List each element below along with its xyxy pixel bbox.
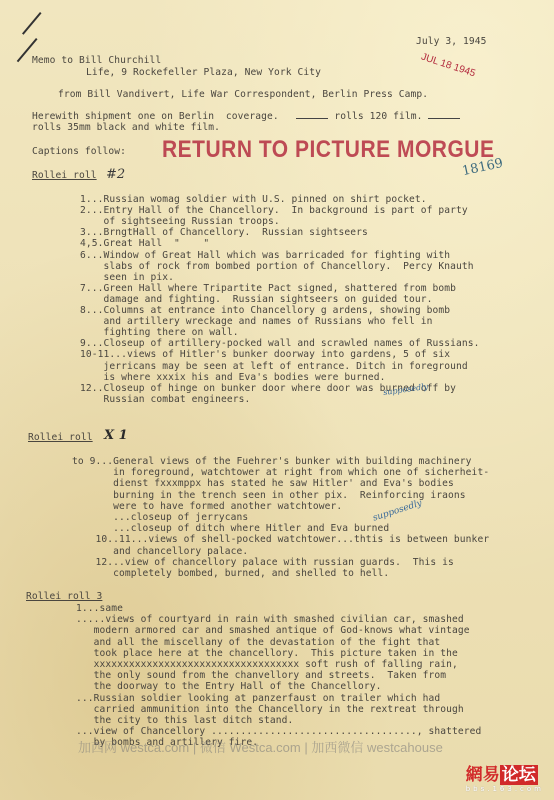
caption-line: to 9...General views of the Fuehrer's bu… [72, 456, 472, 467]
watermark-overlay: 加西网 westca.com | 微信 Westca.com | 加西微信 we… [78, 737, 443, 756]
caption-line: carried ammunition into the Chancellory … [76, 704, 464, 715]
caption-line: completely bombed, burned, and shelled t… [72, 568, 389, 579]
logo-url: bbs.163.com [466, 785, 544, 793]
caption-line: ...closeup of jerrycans [72, 512, 248, 523]
caption-line: ...Russian soldier looking at panzerfaus… [76, 693, 440, 704]
return-to-morgue-stamp: RETURN TO PICTURE MORGUE [162, 136, 494, 164]
caption-line: Russian combat engineers. [80, 394, 250, 405]
caption-line: 1...same [76, 603, 123, 614]
shipment-text: Herewith shipment one on Berlin coverage… [32, 111, 279, 122]
caption-line: burning in the trench seen in other pix.… [72, 490, 466, 501]
handwritten-roll-number: #2 [106, 167, 125, 182]
caption-line: ...closeup of ditch where Hitler and Eva… [72, 523, 389, 534]
recipient-address: Life, 9 Rockefeller Plaza, New York City [86, 67, 321, 78]
received-date-stamp: JUL 18 1945 [420, 52, 477, 80]
shipment-120: rolls 120 film. [334, 111, 422, 122]
caption-line: ...view of Chancellory .................… [76, 726, 481, 737]
caption-line: xxxxxxxxxxxxxxxxxxxxxxxxxxxxxxxxxxx soft… [76, 659, 458, 670]
memo-sender: from Bill Vandivert, Life War Correspond… [58, 89, 428, 100]
caption-line: .....views of courtyard in rain with sma… [76, 614, 464, 625]
caption-line: 10-11...views of Hitler's bunker doorway… [80, 349, 450, 360]
handwritten-roll-number: X 1 [104, 428, 128, 443]
caption-line: the city to this last ditch stand. [76, 715, 293, 726]
caption-line: damage and fighting. Russian sightseers … [80, 294, 433, 305]
caption-line: 12...view of chancellory palace with rus… [72, 557, 454, 568]
shipment-line-2: rolls 35mm black and white film. [32, 122, 220, 133]
caption-line: and artillery wreckage and names of Russ… [80, 316, 433, 327]
section-heading-roll-3: Rollei roll 3 [26, 591, 102, 602]
caption-line: the doorway to the Entry Hall of the Cha… [76, 681, 382, 692]
caption-line: were to have formed another watchtower. [72, 501, 342, 512]
memo-date: July 3, 1945 [416, 36, 487, 47]
blank-field [296, 118, 328, 119]
site-logo: 網易论坛 bbs.163.com [466, 760, 544, 793]
caption-line: 10..11...views of shell-pocked watchtowe… [72, 534, 489, 545]
caption-line: 9...Closeup of artillery-pocked wall and… [80, 338, 480, 349]
memo-recipient: Memo to Bill Churchill [32, 55, 161, 66]
caption-line: fighting there on wall. [80, 327, 239, 338]
caption-line: modern armored car and smashed antique o… [76, 625, 470, 636]
caption-line: dienst fxxxmppx has stated he saw Hitler… [72, 478, 454, 489]
caption-line: and chancellory palace. [72, 546, 248, 557]
caption-line: seen in pix. [80, 272, 174, 283]
pencil-mark-icon [22, 12, 42, 35]
caption-line: 8...Columns at entrance into Chancellory… [80, 305, 450, 316]
blank-field [428, 118, 460, 119]
caption-line: 4,5.Great Hall " " [80, 238, 209, 249]
section-heading-roll-1: Rollei roll [28, 432, 93, 443]
caption-line: 7...Green Hall where Tripartite Pact sig… [80, 283, 456, 294]
caption-line: took place here at the chancellory. This… [76, 648, 458, 659]
caption-line: 3...BrngtHall of Chancellory. Russian si… [80, 227, 368, 238]
caption-line: slabs of rock from bombed portion of Cha… [80, 261, 474, 272]
caption-line: in foreground, watchtower at right from … [72, 467, 489, 478]
caption-line: 2...Entry Hall of the Chancellory. In ba… [80, 205, 468, 216]
caption-line: the only sound from the chanvellory and … [76, 670, 446, 681]
caption-line: of sightseeing Russian troops. [80, 216, 280, 227]
caption-line: and all the miscellany of the devastatio… [76, 637, 440, 648]
shipment-line: Herewith shipment one on Berlin coverage… [32, 111, 460, 122]
logo-text-b: 论坛 [500, 765, 538, 785]
caption-line: is where xxxix his and Eva's bodies were… [80, 372, 386, 383]
captions-heading: Captions follow: [32, 146, 126, 157]
caption-line: jerricans may be seen at left of entranc… [80, 361, 468, 372]
section-heading-roll-2: Rollei roll [32, 170, 97, 181]
logo-text-a: 網易 [466, 765, 500, 785]
caption-line: 1...Russian womag soldier with U.S. pinn… [80, 194, 427, 205]
caption-line: 6...Window of Great Hall which was barri… [80, 250, 450, 261]
handwritten-annotation: supposedly [372, 498, 424, 523]
